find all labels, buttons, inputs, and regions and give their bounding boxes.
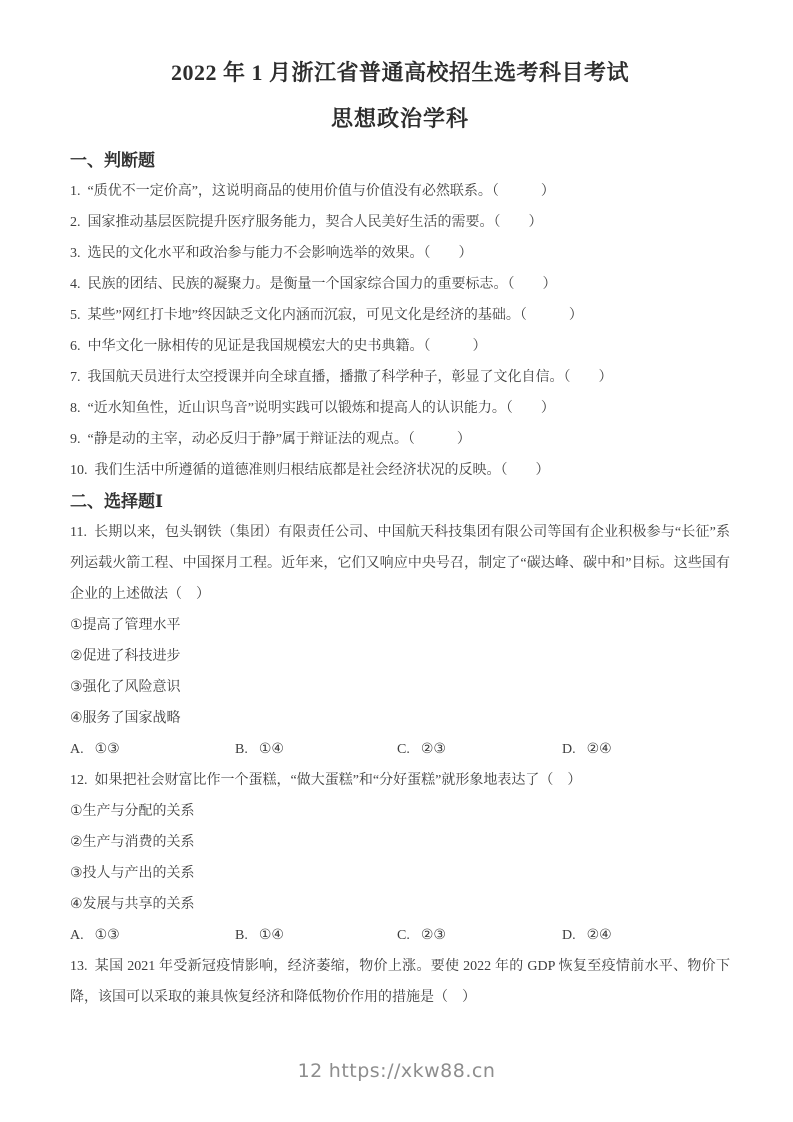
question-number: 6. <box>70 339 81 354</box>
question-text: 中华文化一脉相传的见证是我国规模宏大的史书典籍。（ ） <box>88 339 487 354</box>
question-number: 8. <box>70 401 81 416</box>
choice-value: ①④ <box>259 928 284 943</box>
question-number: 12. <box>70 773 88 788</box>
question-11-item-3: ③强化了风险意识 <box>70 672 730 703</box>
judgment-question-6: 6.中华文化一脉相传的见证是我国规模宏大的史书典籍。（ ） <box>70 331 730 362</box>
section-heading-judgment: 一、判断题 <box>70 145 730 176</box>
choice-option-d: D.②④ <box>562 920 730 951</box>
choice-label: B. <box>235 742 248 757</box>
judgment-question-4: 4.民族的团结、民族的凝聚力。是衡量一个国家综合国力的重要标志。（ ） <box>70 269 730 300</box>
judgment-question-1: 1.“质优不一定价高”，这说明商品的使用价值与价值没有必然联系。（ ） <box>70 176 730 207</box>
question-number: 11. <box>70 525 87 540</box>
choice-value: ①④ <box>259 742 284 757</box>
judgment-question-10: 10.我们生活中所遵循的道德准则归根结底都是社会经济状况的反映。（ ） <box>70 455 730 486</box>
choice-option-d: D.②④ <box>562 734 730 765</box>
question-number: 9. <box>70 432 81 447</box>
judgment-question-9: 9.“静是动的主宰，动必反归于静”属于辩证法的观点。（ ） <box>70 424 730 455</box>
question-11-item-2: ②促进了科技进步 <box>70 641 730 672</box>
choice-value: ①③ <box>95 928 120 943</box>
question-11-choices-row: A.①③ B.①④ C.②③ D.②④ <box>70 734 730 765</box>
question-number: 5. <box>70 308 81 323</box>
choice-question-13: 13.某国 2021 年受新冠疫情影响，经济萎缩，物价上涨。要使 2022 年的… <box>70 951 730 1013</box>
choice-label: D. <box>562 742 576 757</box>
judgment-question-8: 8.“近水知鱼性，近山识鸟音”说明实践可以锻炼和提高人的认识能力。（ ） <box>70 393 730 424</box>
question-12-item-2: ②生产与消费的关系 <box>70 827 730 858</box>
judgment-question-2: 2.国家推动基层医院提升医疗服务能力，契合人民美好生活的需要。（ ） <box>70 207 730 238</box>
choice-option-c: C.②③ <box>397 920 562 951</box>
choice-label: A. <box>70 928 84 943</box>
question-text: 长期以来，包头钢铁（集团）有限责任公司、中国航天科技集团有限公司等国有企业积极参… <box>70 525 730 602</box>
choice-value: ②④ <box>587 928 612 943</box>
choice-label: A. <box>70 742 84 757</box>
question-text: “近水知鱼性，近山识鸟音”说明实践可以锻炼和提高人的认识能力。（ ） <box>88 401 555 416</box>
choice-option-b: B.①④ <box>235 734 397 765</box>
section-heading-choice: 二、选择题Ⅰ <box>70 486 730 517</box>
question-11-item-4: ④服务了国家战略 <box>70 703 730 734</box>
page-subtitle: 思想政治学科 <box>70 104 730 134</box>
question-number: 3. <box>70 246 81 261</box>
choice-label: C. <box>397 928 410 943</box>
question-12-choices-row: A.①③ B.①④ C.②③ D.②④ <box>70 920 730 951</box>
question-text: “质优不一定价高”，这说明商品的使用价值与价值没有必然联系。（ ） <box>88 184 555 199</box>
judgment-question-5: 5.某些”网红打卡地”终因缺乏文化内涵而沉寂，可见文化是经济的基础。（ ） <box>70 300 730 331</box>
question-number: 13. <box>70 959 88 974</box>
question-11-item-1: ①提高了管理水平 <box>70 610 730 641</box>
judgment-question-7: 7.我国航天员进行太空授课并向全球直播，播撒了科学种子，彰显了文化自信。（ ） <box>70 362 730 393</box>
choice-label: C. <box>397 742 410 757</box>
choice-question-11: 11.长期以来，包头钢铁（集团）有限责任公司、中国航天科技集团有限公司等国有企业… <box>70 517 730 610</box>
choice-label: B. <box>235 928 248 943</box>
question-12-item-4: ④发展与共享的关系 <box>70 889 730 920</box>
question-text: “静是动的主宰，动必反归于静”属于辩证法的观点。（ ） <box>88 432 471 447</box>
choice-option-a: A.①③ <box>70 734 235 765</box>
question-number: 2. <box>70 215 81 230</box>
choice-option-b: B.①④ <box>235 920 397 951</box>
choice-question-12: 12.如果把社会财富比作一个蛋糕，“做大蛋糕”和“分好蛋糕”就形象地表达了（ ） <box>70 765 730 796</box>
choice-value: ①③ <box>95 742 120 757</box>
watermark-url: https://xkw88.cn <box>329 1060 496 1082</box>
question-text: 某国 2021 年受新冠疫情影响，经济萎缩，物价上涨。要使 2022 年的 GD… <box>70 959 730 1005</box>
choice-value: ②④ <box>587 742 612 757</box>
question-number: 4. <box>70 277 81 292</box>
choice-label: D. <box>562 928 576 943</box>
page-title: 2022 年 1 月浙江省普通高校招生选考科目考试 <box>70 58 730 88</box>
judgment-question-3: 3.选民的文化水平和政治参与能力不会影响选举的效果。（ ） <box>70 238 730 269</box>
question-text: 选民的文化水平和政治参与能力不会影响选举的效果。（ ） <box>88 246 473 261</box>
question-number: 10. <box>70 463 88 478</box>
exam-document-page: 2022 年 1 月浙江省普通高校招生选考科目考试 思想政治学科 一、判断题 1… <box>0 0 793 1122</box>
question-text: 如果把社会财富比作一个蛋糕，“做大蛋糕”和“分好蛋糕”就形象地表达了（ ） <box>95 773 582 788</box>
choice-value: ②③ <box>421 928 446 943</box>
choice-option-a: A.①③ <box>70 920 235 951</box>
question-text: 民族的团结、民族的凝聚力。是衡量一个国家综合国力的重要标志。（ ） <box>88 277 557 292</box>
question-12-item-3: ③投人与产出的关系 <box>70 858 730 889</box>
question-text: 某些”网红打卡地”终因缺乏文化内涵而沉寂，可见文化是经济的基础。（ ） <box>88 308 583 323</box>
question-text: 我国航天员进行太空授课并向全球直播，播撒了科学种子，彰显了文化自信。（ ） <box>88 370 613 385</box>
question-text: 我们生活中所遵循的道德准则归根结底都是社会经济状况的反映。（ ） <box>95 463 550 478</box>
page-number: 12 <box>298 1060 323 1082</box>
choice-value: ②③ <box>421 742 446 757</box>
question-number: 1. <box>70 184 81 199</box>
page-footer: 12https://xkw88.cn <box>0 1060 793 1082</box>
choice-option-c: C.②③ <box>397 734 562 765</box>
question-text: 国家推动基层医院提升医疗服务能力，契合人民美好生活的需要。（ ） <box>88 215 543 230</box>
question-12-item-1: ①生产与分配的关系 <box>70 796 730 827</box>
question-number: 7. <box>70 370 81 385</box>
